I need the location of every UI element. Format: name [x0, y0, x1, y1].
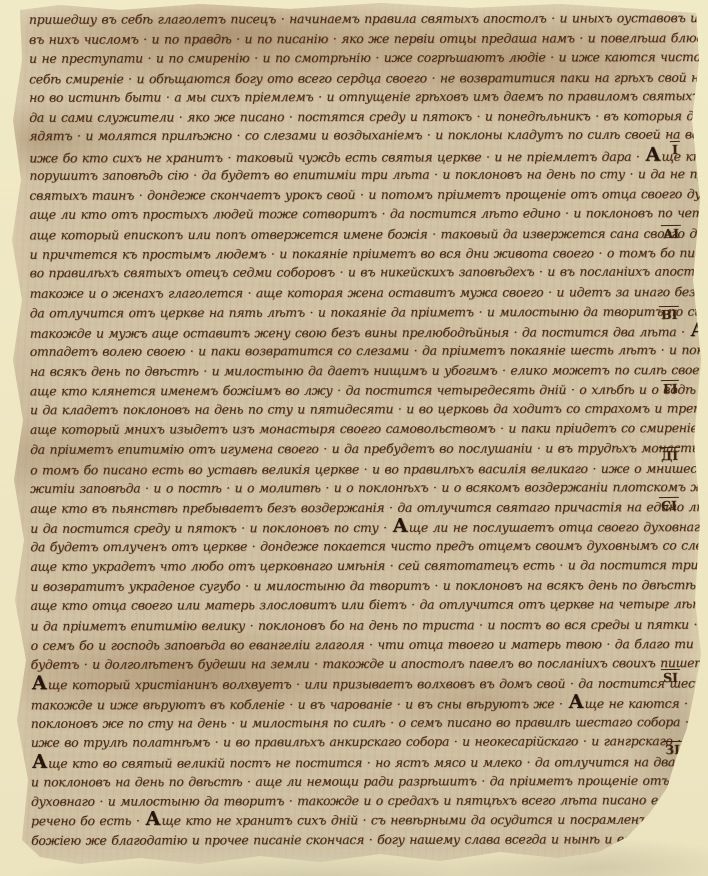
manuscript-line: аще который мнихъ изыдетъ изъ монастыря …	[30, 419, 658, 440]
manuscript-line: аще который епископъ или попъ отвержется…	[29, 224, 657, 245]
manuscript-scan: пришедшу въ себѣ глаголетъ писецъ · начи…	[0, 0, 708, 876]
manuscript-line: и да постится среду и пятокъ · и поклоно…	[30, 516, 658, 537]
manuscript-line: о томъ бо писано есть во уставѣ великія …	[30, 458, 658, 479]
manuscript-line: такожде и мужъ аще оставитъ жену свою бе…	[30, 321, 658, 342]
line-text: речено бо есть ·	[31, 813, 144, 828]
manuscript-line: о семъ бо и господь заповѣда во евангелі…	[31, 634, 659, 655]
manuscript-line: аще кто отца своего или матерь злословит…	[30, 595, 658, 616]
manuscript-line: да пріиметъ епитимію отъ игумена своего …	[30, 438, 658, 459]
manuscript-line: аще кто украдетъ что любо отъ церковнаго…	[30, 555, 658, 576]
margin-verse-number: ГІ	[661, 380, 680, 395]
manuscript-line: въ нихъ числомъ · и по правдѣ · и по пис…	[29, 28, 657, 49]
margin-verse-number: ВІ	[659, 306, 680, 321]
manuscript-text: пришедшу въ себѣ глаголетъ писецъ · начи…	[29, 8, 659, 850]
manuscript-line: порушитъ заповѣдь сію · да будетъ во епи…	[29, 165, 657, 186]
margin-verse-number: ИІ	[663, 811, 685, 826]
manuscript-line: такоже и о женахъ глаголется · аще котор…	[30, 282, 658, 303]
manuscript-line: и причтется къ простымъ людемъ · и покая…	[30, 243, 658, 264]
manuscript-line: да и сами служители · яко же писано · по…	[29, 106, 657, 127]
manuscript-line: будетъ · и долголѣтенъ будеши на земли ·…	[31, 653, 659, 674]
manuscript-line: иже бо кто сихъ не хранитъ · таковый чуж…	[29, 146, 657, 167]
line-text: и да постится среду и пятокъ · и поклоно…	[30, 520, 391, 536]
manuscript-line: святыхъ таинъ · дондеже скончаетъ урокъ …	[29, 184, 657, 205]
line-text: ще который христіанинъ волхвуетъ · или п…	[48, 675, 708, 692]
manuscript-line: во правилѣхъ святыхъ отецъ седми соборов…	[30, 262, 658, 283]
manuscript-line: и возвратитъ украденое сугубо · и милост…	[30, 575, 658, 596]
line-text: ще не каются · горе имъ ·	[585, 696, 708, 711]
line-text: такожде и иже вѣруютъ въ кобленіе · и въ…	[31, 696, 568, 712]
manuscript-line: и да пріиметъ епитимію велику · поклонов…	[30, 615, 658, 636]
manuscript-line: божіею же благодатію и прочее писаніе ск…	[31, 829, 571, 850]
manuscript-line: но во истинѣ быти · а мы сихъ пріемлемъ …	[29, 86, 657, 107]
manuscript-line: ядятъ · и молятся прилѣжно · со слезами …	[29, 125, 657, 146]
manuscript-line: Аще который христіанинъ волхвуетъ · или …	[31, 672, 659, 693]
line-text: ще ли не послушаетъ отца своего духовнаг…	[409, 519, 708, 535]
verse-initial: А	[31, 751, 48, 773]
manuscript-line: Аще кто во святый великій постъ не пости…	[31, 751, 659, 772]
manuscript-line: аще кто въ пьянствѣ пребываетъ безъ возд…	[30, 497, 658, 518]
margin-verse-number: ЄІ	[659, 497, 679, 512]
line-text: ще кто во святый великій постъ не постит…	[48, 754, 708, 771]
manuscript-line: отпадетъ волею своею · и паки возвратитс…	[30, 340, 658, 361]
manuscript-page: пришедшу въ себѣ глаголетъ писецъ · начи…	[0, 0, 708, 876]
margin-verse-number: ЗІ	[663, 741, 682, 756]
manuscript-line: и не преступати · и по смиренію · и по с…	[29, 47, 657, 68]
margin-verse-number: ЅІ	[661, 669, 680, 684]
manuscript-line: пришедшу въ себѣ глаголетъ писецъ · начи…	[29, 8, 657, 29]
margin-verse-number: І	[670, 141, 680, 156]
line-text: ще кто дерзнетъ ·	[661, 148, 708, 163]
manuscript-line: такожде и иже вѣруютъ въ кобленіе · и въ…	[31, 693, 659, 714]
manuscript-line: аще ли кто отъ простыхъ людей тоже сотво…	[29, 204, 657, 225]
manuscript-line: себѣ смиреніе · и обѣщаются богу ото все…	[29, 67, 657, 88]
manuscript-line: на всякъ день по двѣстѣ · и милостыню да…	[30, 360, 658, 381]
margin-verse-number: ДІ	[659, 447, 680, 462]
manuscript-line: да будетъ отлученъ отъ церкве · дондеже …	[30, 535, 658, 556]
verse-initial: А	[567, 691, 584, 713]
manuscript-line: и да кладетъ поклоновъ на день по сту и …	[30, 399, 658, 420]
line-text: ще кто не хранитъ сихъ дній · съ невѣрны…	[161, 812, 708, 828]
manuscript-line: поклоновъ же по сту на день · и милостын…	[31, 712, 659, 733]
verse-initial: А	[689, 319, 706, 341]
manuscript-line: речено бо есть · Аще кто не хранитъ сихъ…	[31, 809, 615, 830]
verse-initial: А	[144, 808, 161, 830]
manuscript-line: иже во трулѣ полатнѣмъ · и во правилѣхъ …	[31, 731, 659, 752]
manuscript-line: духовнаго · и милостыню да творитъ · так…	[31, 790, 640, 811]
line-text: такожде и мужъ аще оставитъ жену свою бе…	[30, 324, 690, 341]
manuscript-line: житіи заповѣда · и о постѣ · и о молитвѣ…	[30, 477, 658, 498]
verse-initial: А	[31, 672, 48, 694]
manuscript-line: да отлучится отъ церкве на пять лѣтъ · и…	[30, 302, 658, 323]
margin-verse-number: АІ	[661, 225, 681, 240]
verse-initial: А	[391, 515, 408, 537]
manuscript-line: и поклоновъ на день по двѣстѣ · аще ли н…	[31, 771, 659, 792]
verse-initial: А	[644, 144, 661, 166]
line-text: иже бо кто сихъ не хранитъ · таковый чуж…	[29, 149, 644, 166]
